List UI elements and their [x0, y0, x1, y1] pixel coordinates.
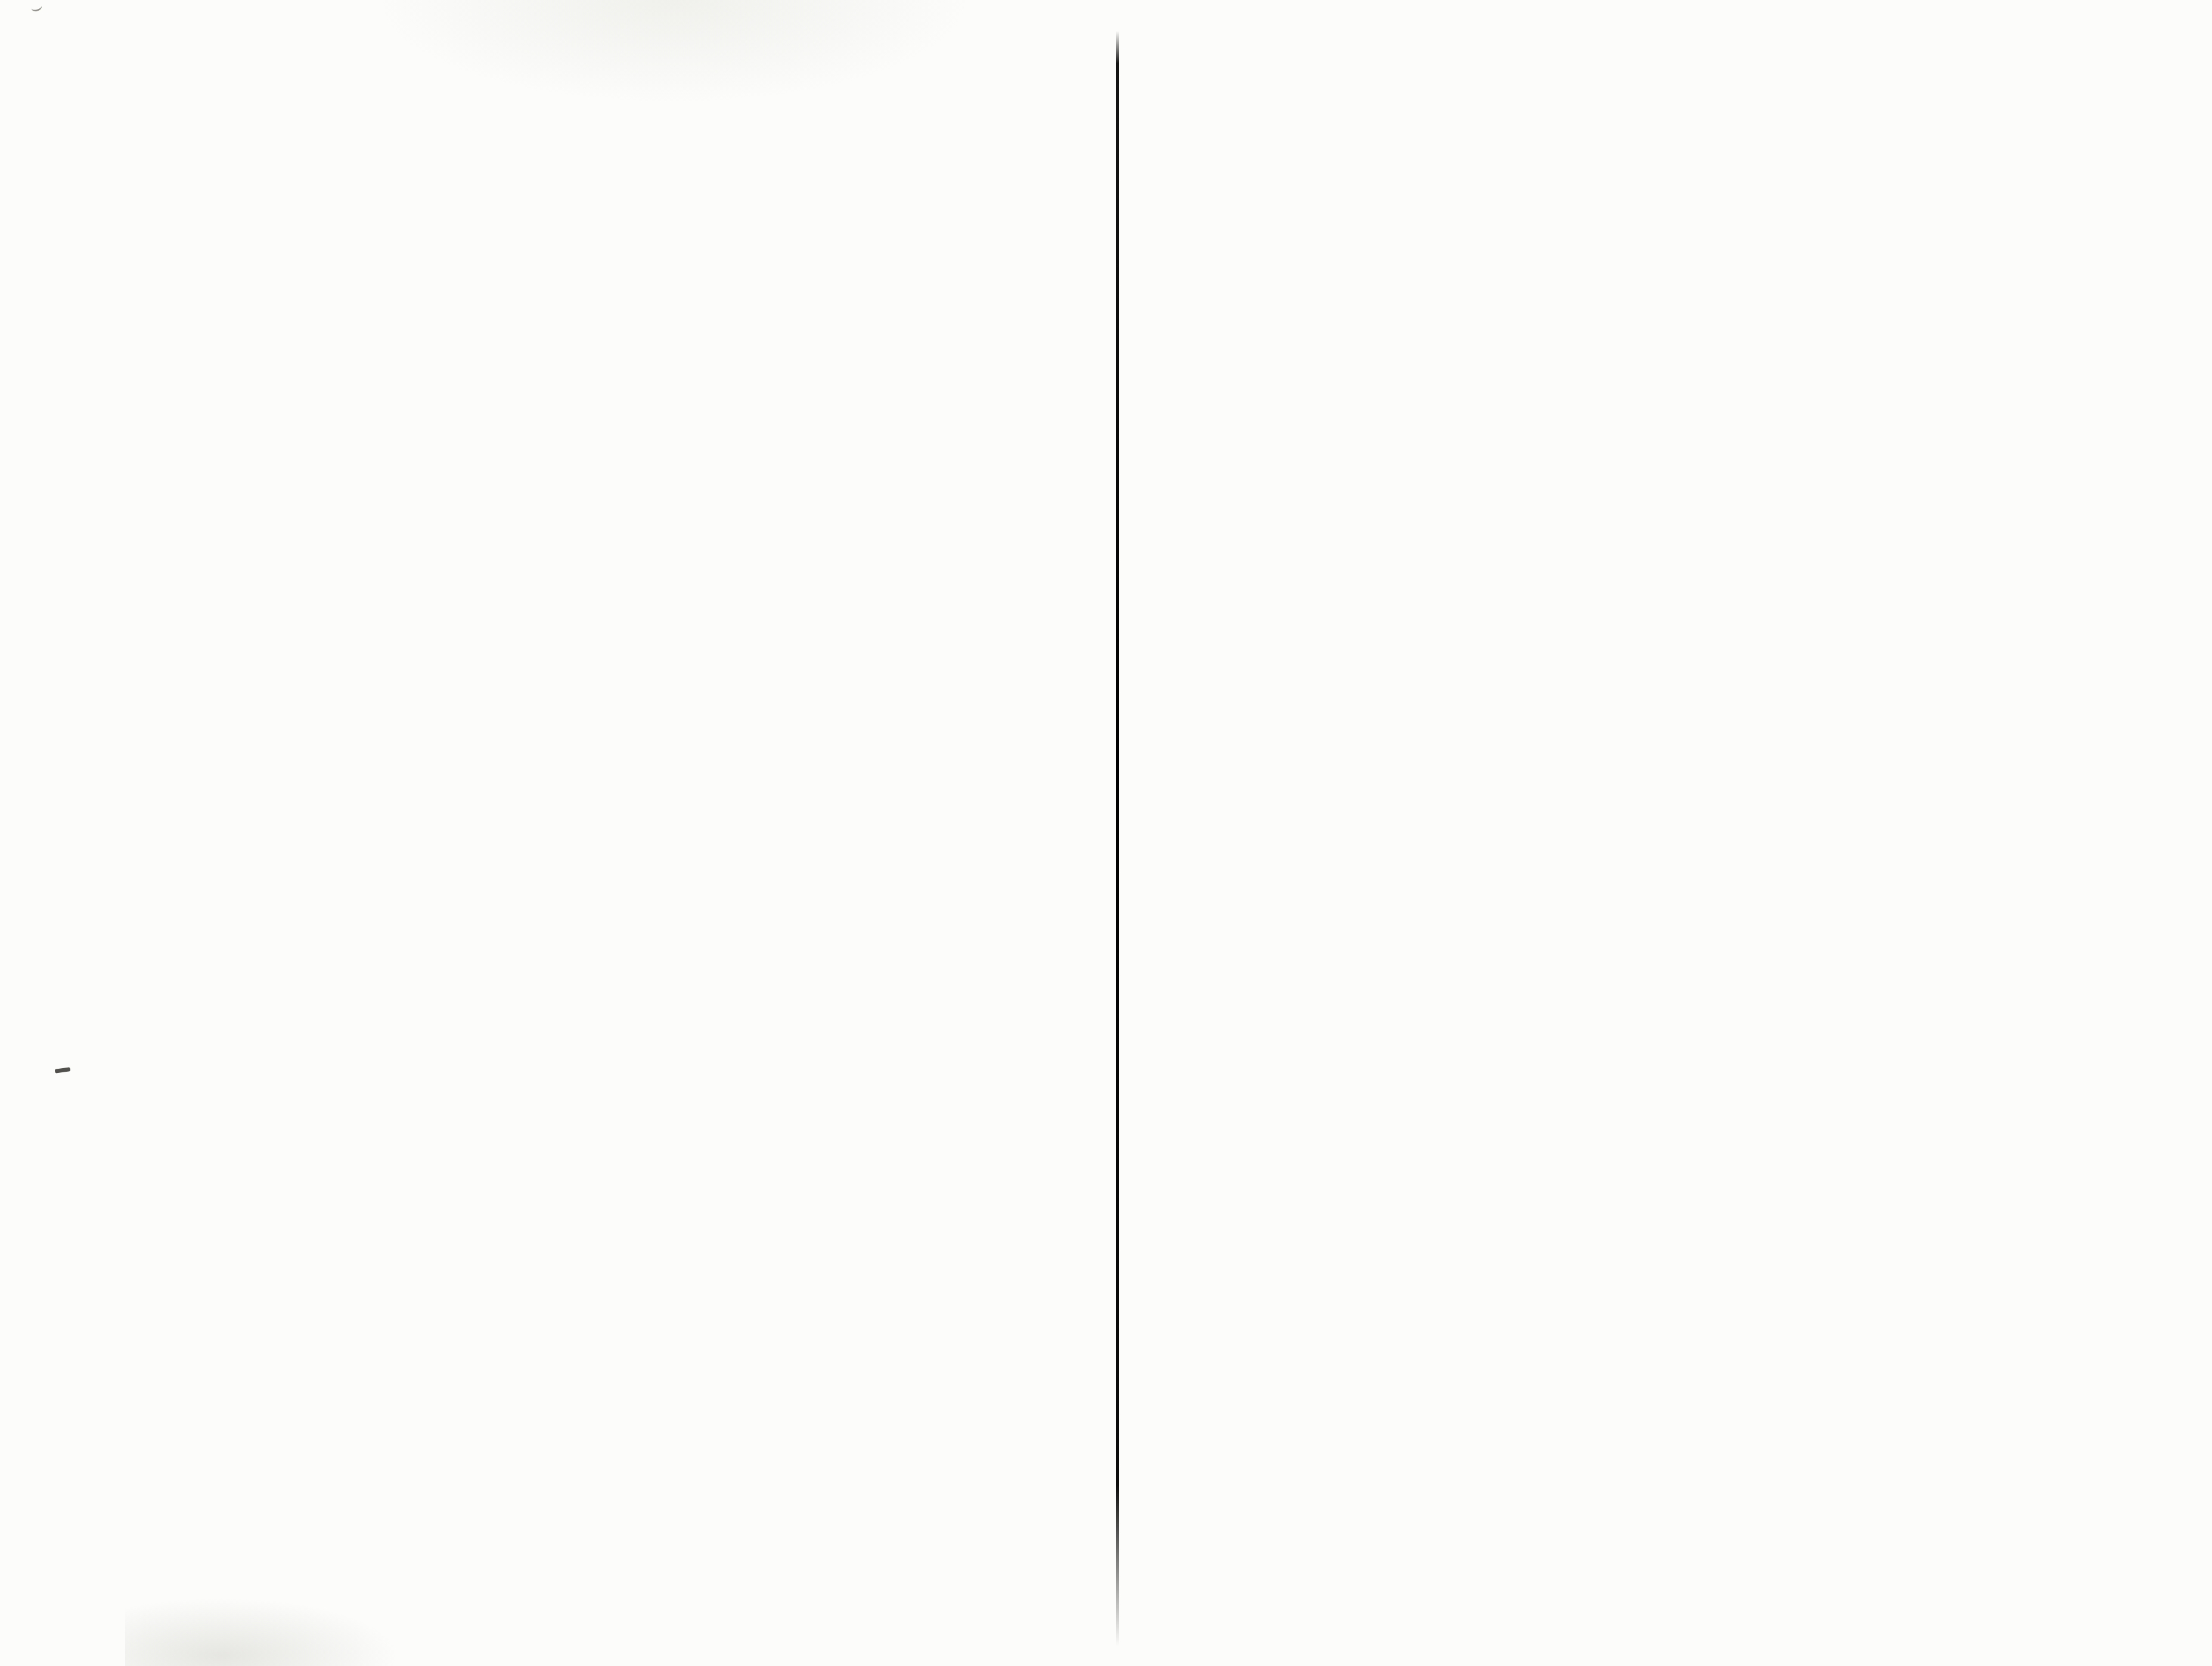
- left-blank-page: [0, 0, 1116, 1666]
- scan-shading-bottom: [125, 1597, 399, 1666]
- scanned-book-spread: THE HOMOSEXUAL IN LITERATUREA Chronologi…: [0, 0, 2212, 1666]
- scan-shading-top: [381, 0, 966, 101]
- scan-artifact-squiggle: [30, 2, 43, 13]
- scan-artifact-dash: [55, 1067, 71, 1074]
- document-page: THE HOMOSEXUAL IN LITERATUREA Chronologi…: [1119, 0, 2212, 1666]
